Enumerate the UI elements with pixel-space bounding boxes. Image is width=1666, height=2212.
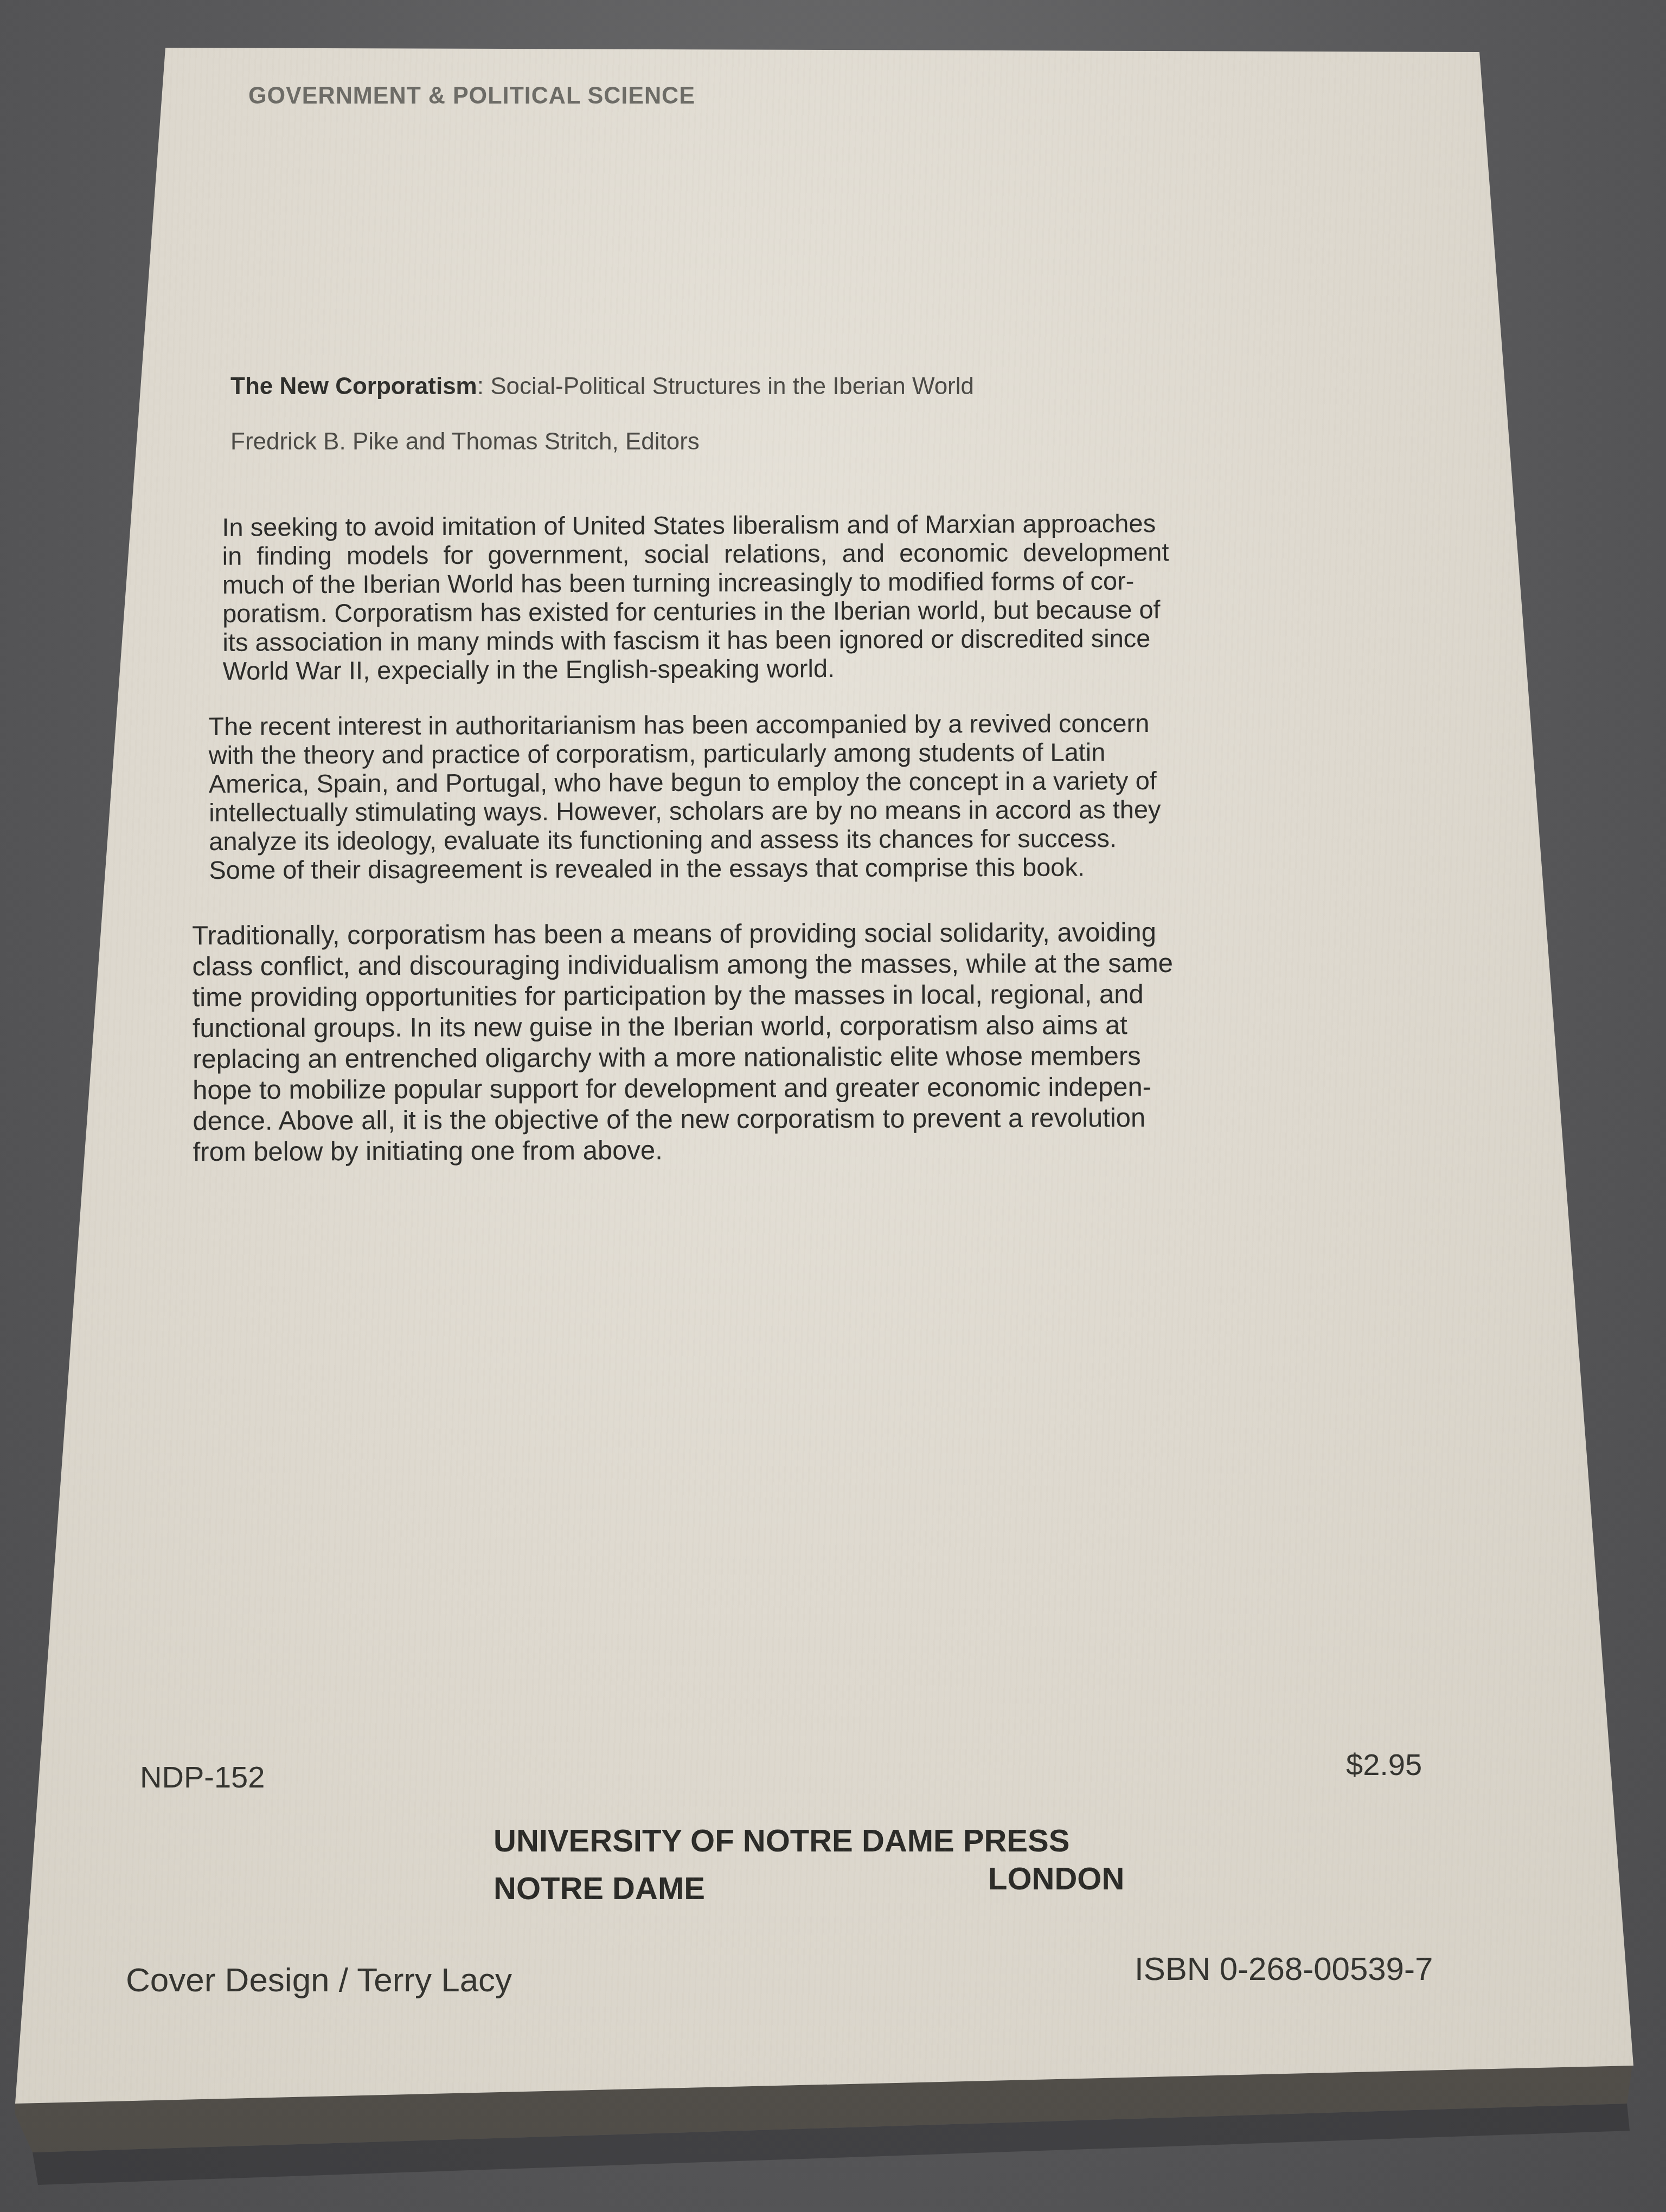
blurb-paragraph-3: Traditionally, corporatism has been a me… [192, 917, 1174, 1168]
text-line: replacing an entrenched oligarchy with a… [193, 1041, 1174, 1075]
text-line: functional groups. In its new guise in t… [193, 1010, 1174, 1044]
blurb-paragraph-1: In seeking to avoid imitation of United … [222, 509, 1169, 685]
text-line: In seeking to avoid imitation of United … [222, 509, 1169, 542]
text-line: poratism. Corporatism has existed for ce… [222, 595, 1169, 628]
text-line: time providing opportunities for partici… [193, 979, 1174, 1013]
blurb-paragraph-2: The recent interest in authoritarianism … [208, 709, 1161, 884]
text-line: with the theory and practice of corporat… [209, 737, 1161, 769]
text-line: Some of their disagreement is revealed i… [209, 852, 1161, 884]
editors: Fredrick B. Pike and Thomas Stritch, Edi… [230, 428, 700, 455]
text-line: dence. Above all, it is the objective of… [193, 1103, 1174, 1137]
book-subtitle: Social-Political Structures in the Iberi… [490, 373, 974, 400]
text-line: America, Spain, and Portugal, who have b… [209, 766, 1161, 798]
book-back-cover: GOVERNMENT & POLITICAL SCIENCE The New C… [0, 0, 1666, 2212]
text-line: hope to mobilize popular support for dev… [193, 1072, 1174, 1106]
publisher-city-london: LONDON [988, 1861, 1124, 1897]
text-line: intellectually stimulating ways. However… [209, 795, 1161, 827]
cover-design-credit: Cover Design / Terry Lacy [126, 1961, 512, 1999]
isbn: ISBN 0-268-00539-7 [1135, 1950, 1433, 1988]
title-separator: : [477, 373, 490, 400]
series-code: NDP-152 [140, 1759, 265, 1795]
book-title-line: The New Corporatism: Social-Political St… [230, 373, 974, 400]
text-line: its association in many minds with fasci… [222, 623, 1169, 657]
category-label: GOVERNMENT & POLITICAL SCIENCE [248, 82, 695, 110]
book-title: The New Corporatism [230, 373, 477, 400]
text-line: much of the Iberian World has been turni… [222, 566, 1169, 599]
text-line: analyze its ideology, evaluate its funct… [209, 824, 1161, 856]
text-line: Traditionally, corporatism has been a me… [192, 917, 1173, 951]
text-line: in finding models for government, social… [222, 537, 1169, 570]
publisher-name: UNIVERSITY OF NOTRE DAME PRESS [494, 1823, 1069, 1859]
text-line: from below by initiating one from above. [193, 1134, 1174, 1168]
text-line: class conflict, and discouraging individ… [192, 948, 1173, 982]
publisher-city-notre-dame: NOTRE DAME [494, 1870, 705, 1907]
text-line: World War II, expecially in the English-… [222, 652, 1169, 685]
text-line: The recent interest in authoritarianism … [208, 709, 1161, 741]
price: $2.95 [1346, 1747, 1422, 1782]
